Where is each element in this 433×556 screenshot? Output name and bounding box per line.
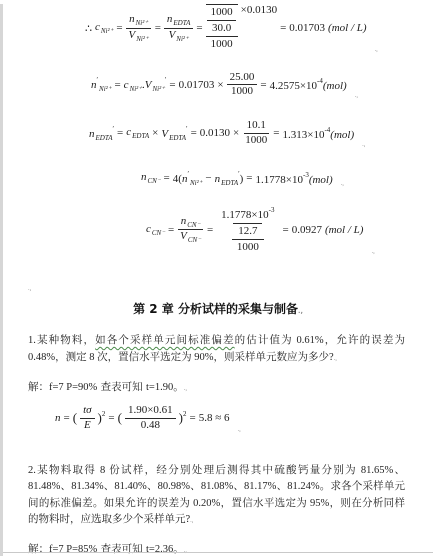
prime: ′ xyxy=(165,76,167,84)
stacked-fraction: 1.1778×10-3 12.7 1000 xyxy=(216,205,279,256)
result-value: 0.01703 xyxy=(289,22,325,34)
exponent: 2 xyxy=(183,410,187,418)
equals: = xyxy=(260,79,266,91)
solution-1-params: f=7 P=90% xyxy=(49,382,97,393)
problem-1-wavy-underlined: 如各个采样单元间标准偏差 xyxy=(95,335,235,346)
fraction-10-over-1000: 10.1 1000 xyxy=(242,119,270,148)
var: n xyxy=(215,173,221,185)
var-n: n xyxy=(55,412,61,424)
equals: = xyxy=(169,79,175,91)
fraction-top: nEDTA xyxy=(164,13,193,29)
result-unit: (mol / L) xyxy=(328,22,367,34)
mantissa: 1.1778×10 xyxy=(256,174,303,186)
fraction-bottom: VNi²⁺ xyxy=(166,29,192,44)
subscript: CN⁻ xyxy=(188,236,201,244)
fraction-n-over-v: nNi²⁺ VNi²⁺ xyxy=(126,13,152,44)
fraction-top: tσ xyxy=(80,404,94,419)
paragraph-mark: ., xyxy=(341,180,344,187)
value: 0.01703 xyxy=(179,79,215,91)
result-unit: (mol) xyxy=(330,129,354,141)
fraction-tsigma-over-e: tσ E xyxy=(80,404,94,433)
subscript: CN⁻ xyxy=(148,177,161,185)
fraction-top: 25.00 xyxy=(227,71,258,86)
subscript: Ni²⁺ xyxy=(190,179,202,187)
equals: = xyxy=(282,224,288,236)
subscript: EDTA xyxy=(132,132,149,140)
therefore-symbol: ∴ xyxy=(85,22,92,35)
var: c xyxy=(124,79,129,91)
minus-sign: − xyxy=(205,172,211,184)
equals: = xyxy=(114,79,120,91)
stacked-fraction: 1000 30.0 1000 xyxy=(206,4,238,53)
equals: = xyxy=(117,127,123,139)
right-paren-squared: )2 xyxy=(98,410,106,426)
fraction-values: 1.90×0.61 0.48 xyxy=(125,404,176,433)
equals: = xyxy=(280,22,286,34)
result-value: 0.0927 xyxy=(292,224,322,236)
subscript: EDTA xyxy=(221,179,238,187)
paragraph-mark: ., xyxy=(190,517,193,524)
mantissa: 1.313×10 xyxy=(282,129,324,141)
solution-1-line: 解：f=7 P=90% 查表可知 t=1.90。., xyxy=(28,380,433,396)
times-sign: × xyxy=(233,127,239,139)
prime: ′ xyxy=(186,125,188,133)
var: V xyxy=(180,230,187,242)
equals: = xyxy=(168,224,174,236)
subscript: Ni²⁺ xyxy=(176,35,188,43)
value: 0.0130 xyxy=(200,127,230,139)
chapter-heading-text: 第 2 章 分析试样的采集与制备 xyxy=(133,302,298,316)
factor-value: 0.0130 xyxy=(247,4,277,16)
times-sign: × xyxy=(152,127,158,139)
var-c-edta: cEDTA xyxy=(126,126,149,140)
equals: = xyxy=(207,224,213,236)
fraction-n-over-v: nCN⁻ VCN⁻ xyxy=(177,215,204,246)
var: V xyxy=(129,29,136,41)
paragraph-mark: ., xyxy=(371,248,374,255)
fraction-bottom: VNi²⁺ xyxy=(126,29,152,44)
var-c-ni: cNi²⁺ xyxy=(95,21,113,35)
document-page: ∴ cNi²⁺ = nNi²⁺ VNi²⁺ = nEDTA VNi²⁺ = 10… xyxy=(0,4,433,556)
var-c-cn: cCN⁻ xyxy=(146,223,165,237)
fraction-bottom: VCN⁻ xyxy=(177,230,204,245)
formula-sample-units: n = ( tσ E )2 = ( 1.90×0.61 0.48 )2 = 5.… xyxy=(55,404,433,433)
equals: = xyxy=(273,127,279,139)
paragraph-mark: ., xyxy=(355,92,358,99)
var: V xyxy=(145,79,152,91)
fraction-top: 10.1 xyxy=(244,119,269,134)
var: V xyxy=(169,29,176,41)
solution-2-line: 解：f=7 P=85% 查表可知 t=2.36。., xyxy=(28,542,433,556)
problem-1-text: 1.某种物料，如各个采样单元间标准偏差的估计值为 0.61%，允许的误差为 0.… xyxy=(28,333,405,367)
var: c xyxy=(126,126,131,138)
formula-n-prime-ni: n′Ni²⁺ = cNi²⁺.VNi²⁺′ = 0.01703 × 25.00 … xyxy=(91,71,433,100)
page-bottom-edge xyxy=(3,552,433,553)
formula-c-cn: cCN⁻ = nCN⁻ VCN⁻ = 1.1778×10-3 12.7 1000… xyxy=(146,205,433,256)
paragraph-mark: ., xyxy=(184,385,187,392)
fraction-top: 1.90×0.61 xyxy=(125,404,176,419)
var: n xyxy=(89,128,95,140)
var: c xyxy=(146,223,151,235)
left-paren: ( xyxy=(118,410,122,426)
formula-n-edta: nEDTA′ = cEDTA × VEDTA′ = 0.0130 × 10.1 … xyxy=(89,119,433,148)
paragraph-mark: ., xyxy=(362,141,365,148)
equals: = xyxy=(164,172,170,184)
paragraph-mark: ., xyxy=(334,355,337,362)
fraction-bottom: 1000 xyxy=(242,134,270,148)
expression: 4(n′Ni²⁺ xyxy=(173,170,203,187)
subscript: EDTA xyxy=(96,134,113,142)
prime: ′ xyxy=(97,76,99,84)
right-paren-squared: )2 xyxy=(179,410,187,426)
subscript: EDTA xyxy=(173,19,190,27)
prime: ′ xyxy=(187,170,189,178)
var: n xyxy=(129,13,135,25)
formula-n-cn: nCN⁻ = 4(n′Ni²⁺ − nEDTA′) = 1.1778×10-3(… xyxy=(141,170,433,187)
result-value: 5.8 ≈ 6 xyxy=(199,412,230,424)
var-v-edta: VEDTA′ xyxy=(161,125,187,142)
exponent: 2 xyxy=(102,410,106,418)
equals: = xyxy=(64,412,70,424)
fraction-bottom: E xyxy=(81,419,94,433)
subscript: Ni²⁺ xyxy=(130,85,142,93)
times-sign: × xyxy=(217,79,223,91)
result-value: 1.1778×10-3(mol) xyxy=(256,171,333,186)
equals: = xyxy=(155,22,161,34)
result-value: 4.2575×10-4(mol) xyxy=(270,77,347,92)
paragraph-mark: ., xyxy=(298,307,303,315)
result-unit: (mol) xyxy=(323,80,347,92)
fraction-bottom: 0.48 xyxy=(138,419,163,433)
var-n-cn: nCN⁻ xyxy=(141,171,161,185)
subscript: CN⁻ xyxy=(187,221,200,229)
result-unit: (mol / L) xyxy=(325,224,364,236)
problem-1-prefix: 1.某种物料， xyxy=(28,335,95,346)
left-paren: ( xyxy=(73,410,77,426)
right-paren: ) xyxy=(240,173,244,185)
paragraph-mark: ., xyxy=(28,285,433,292)
solution-1-t-value: t=1.90。 xyxy=(146,382,184,393)
mantissa: 1.1778×10 xyxy=(221,209,268,221)
subscript: CN⁻ xyxy=(152,229,165,237)
subscript: Ni²⁺ xyxy=(152,85,164,93)
prime: ′ xyxy=(112,125,114,133)
equals: = xyxy=(116,22,122,34)
equals: = xyxy=(108,412,114,424)
subscript: Ni²⁺ xyxy=(101,27,113,35)
value-1000: 1000 xyxy=(206,4,238,20)
equals: = xyxy=(196,22,202,34)
paragraph-mark: ., xyxy=(238,426,241,433)
subscript: Ni²⁺ xyxy=(136,19,148,27)
subscript: Ni²⁺ xyxy=(136,35,148,43)
paragraph-mark: ., xyxy=(375,46,378,53)
exponent: -3 xyxy=(269,206,275,214)
fraction-nedta-over-v: nEDTA VNi²⁺ xyxy=(164,13,193,44)
numerator: 1.1778×10-3 xyxy=(216,205,279,223)
var-n-prime: n′Ni²⁺ xyxy=(91,76,111,93)
subscript: Ni²⁺ xyxy=(99,85,111,93)
var: n xyxy=(181,215,187,227)
value-1000: 1000 xyxy=(206,36,238,52)
solution-label: 解： xyxy=(28,381,49,393)
equals: = xyxy=(190,412,196,424)
solution-1-lookup: 查表可知 xyxy=(97,381,146,393)
expression: nEDTA′) xyxy=(215,170,244,187)
subscript: EDTA xyxy=(169,134,186,142)
times-factor: ×0.0130 xyxy=(241,4,277,16)
result-unit: (mol) xyxy=(309,174,333,186)
var: n xyxy=(167,13,173,25)
equals: = xyxy=(246,172,252,184)
fraction-25-over-1000: 25.00 1000 xyxy=(227,71,258,100)
result-value: 1.313×10-4(mol) xyxy=(282,126,354,141)
fraction-top: nNi²⁺ xyxy=(126,13,151,29)
problem-2-body: 2.某物料取得 8 份试样，经分别处理后测得其中硫酸钙量分别为 81.65%、8… xyxy=(28,465,405,526)
var-n-edta: nEDTA′ xyxy=(89,125,114,142)
value-12-7: 12.7 xyxy=(233,223,262,239)
equals: = xyxy=(191,127,197,139)
var: c xyxy=(95,21,100,33)
formula-c-ni: ∴ cNi²⁺ = nNi²⁺ VNi²⁺ = nEDTA VNi²⁺ = 10… xyxy=(85,4,433,53)
var-c-dot-v: cNi²⁺.VNi²⁺′ xyxy=(124,76,167,93)
mantissa: 4.2575×10 xyxy=(270,80,317,92)
value-30: 30.0 xyxy=(207,20,236,36)
problem-2-text: 2.某物料取得 8 份试样，经分别处理后测得其中硫酸钙量分别为 81.65%、8… xyxy=(28,463,405,530)
var: n xyxy=(141,171,147,183)
fraction-bottom: 1000 xyxy=(228,85,256,99)
fraction-top: nCN⁻ xyxy=(178,215,204,231)
var: V xyxy=(161,128,168,140)
chapter-heading: 第 2 章 分析试样的采集与制备., xyxy=(3,300,433,317)
value-1000: 1000 xyxy=(232,239,264,255)
